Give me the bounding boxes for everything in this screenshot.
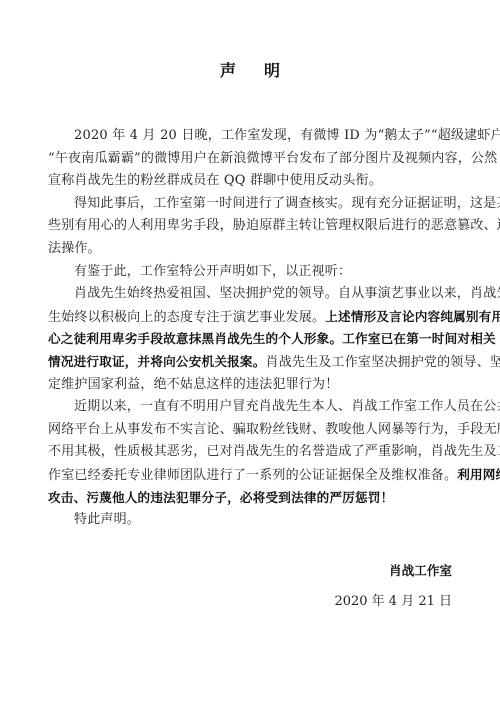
text-line: 不用其极，性质极其恶劣，已对肖战先生的名誉造成了严重影响，肖战先生及工 [48, 441, 454, 464]
text-line: 定维护国家利益，绝不姑息这样的违法犯罪行为！ [48, 374, 454, 397]
text-line: 法操作。 [48, 238, 454, 261]
text-line: 些别有用心的人利用卑劣手段，胁迫原群主转让管理权限后进行的恶意篡改、违 [48, 215, 454, 238]
text-line: 近期以来，一直有不明用户冒充肖战先生本人、肖战工作室工作人员在公共 [48, 396, 454, 419]
text-line: 心之徒利用卑劣手段故意抹黑肖战先生的个人形象。工作室已在第一时间对相关 [48, 328, 454, 351]
bold-text: 心之徒利用卑劣手段故意抹黑肖战先生的个人形象。工作室已在第一时间对相关 [48, 331, 496, 346]
text: 有鉴于此，工作室特公开声明如下，以正视听： [74, 264, 351, 279]
text: 特此声明。 [74, 512, 140, 527]
text: “午夜南瓜霸霸”的微博用户在新浪微博平台发布了部分图片及视频内容，公然 [48, 151, 497, 166]
text: 法操作。 [48, 241, 101, 256]
text-line: 攻击、污蔑他人的违法犯罪分子，必将受到法律的严厉惩罚！ [48, 487, 454, 510]
text: 些别有用心的人利用卑劣手段，胁迫原群主转让管理权限后进行的恶意篡改、违 [48, 218, 500, 233]
bold-text: 利用网络 [457, 467, 500, 482]
document-title: 声明 [0, 58, 500, 81]
statement-page: 声明 2020 年 4 月 20 日晚，工作室发现，有微博 ID 为“鹅太子”“… [0, 0, 500, 707]
signature-organization: 肖战工作室 [389, 560, 452, 579]
paragraph: 2020 年 4 月 20 日晚，工作室发现，有微博 ID 为“鹅太子”“超级逮… [48, 125, 454, 193]
paragraph: 有鉴于此，工作室特公开声明如下，以正视听： [48, 261, 454, 284]
text-line: 情况进行取证，并将向公安机关报案。肖战先生及工作室坚决拥护党的领导、坚 [48, 351, 454, 374]
paragraph: 近期以来，一直有不明用户冒充肖战先生本人、肖战工作室工作人员在公共网络平台上从事… [48, 396, 454, 509]
text: 作室已经委托专业律师团队进行了一系列的公证证据保全及维权准备。 [48, 468, 457, 483]
bold-text: 上述情形及言论内容纯属别有用 [325, 309, 500, 324]
bold-text: 情况进行取证，并将向公安机关报案。 [48, 354, 266, 369]
statement-body: 2020 年 4 月 20 日晚，工作室发现，有微博 ID 为“鹅太子”“超级逮… [48, 125, 454, 532]
title-char-2: 明 [264, 58, 280, 81]
text-line: 生始终以积极向上的态度专注于演艺事业发展。上述情形及言论内容纯属别有用 [48, 306, 454, 329]
text: 生始终以积极向上的态度专注于演艺事业发展。 [48, 310, 325, 325]
title-char-1: 声 [220, 58, 236, 81]
text: 2020 年 4 月 20 日晚，工作室发现，有微博 ID 为“鹅太子”“超级逮… [74, 128, 500, 143]
text: 不用其极，性质极其恶劣，已对肖战先生的名誉造成了严重影响，肖战先生及工 [48, 444, 500, 459]
text: 肖战先生始终热爱祖国、坚决拥护党的领导。自从事演艺事业以来，肖战先 [74, 286, 500, 301]
text-line: 作室已经委托专业律师团队进行了一系列的公证证据保全及维权准备。利用网络 [48, 464, 454, 487]
text: 宣称肖战先生的粉丝群成员在 QQ 群聊中使用反动头衔。 [48, 173, 382, 188]
signature-date: 2020 年 4 月 21 日 [334, 590, 452, 609]
text-line: 得知此事后，工作室第一时间进行了调查核实。现有充分证据证明，这是某 [48, 193, 454, 216]
text-line: 特此声明。 [48, 509, 454, 532]
text: 得知此事后，工作室第一时间进行了调查核实。现有充分证据证明，这是某 [74, 196, 500, 211]
text: 网络平台上从事发布不实言论、骗取粉丝钱财、教唆他人网暴等行为，手段无所 [48, 422, 500, 437]
paragraph: 特此声明。 [48, 509, 454, 532]
text: 近期以来，一直有不明用户冒充肖战先生本人、肖战工作室工作人员在公共 [74, 399, 500, 414]
text-line: “午夜南瓜霸霸”的微博用户在新浪微博平台发布了部分图片及视频内容，公然 [48, 148, 454, 171]
text: 肖战先生及工作室坚决拥护党的领导、坚 [266, 355, 500, 370]
paragraph: 肖战先生始终热爱祖国、坚决拥护党的领导。自从事演艺事业以来，肖战先生始终以积极向… [48, 283, 454, 396]
text-line: 有鉴于此，工作室特公开声明如下，以正视听： [48, 261, 454, 284]
text-line: 肖战先生始终热爱祖国、坚决拥护党的领导。自从事演艺事业以来，肖战先 [48, 283, 454, 306]
text-line: 宣称肖战先生的粉丝群成员在 QQ 群聊中使用反动头衔。 [48, 170, 454, 193]
text: 定维护国家利益，绝不姑息这样的违法犯罪行为！ [48, 377, 338, 392]
paragraph: 得知此事后，工作室第一时间进行了调查核实。现有充分证据证明，这是某些别有用心的人… [48, 193, 454, 261]
bold-text: 攻击、污蔑他人的违法犯罪分子，必将受到法律的严厉惩罚！ [48, 490, 393, 505]
text-line: 2020 年 4 月 20 日晚，工作室发现，有微博 ID 为“鹅太子”“超级逮… [48, 125, 454, 148]
text-line: 网络平台上从事发布不实言论、骗取粉丝钱财、教唆他人网暴等行为，手段无所 [48, 419, 454, 442]
